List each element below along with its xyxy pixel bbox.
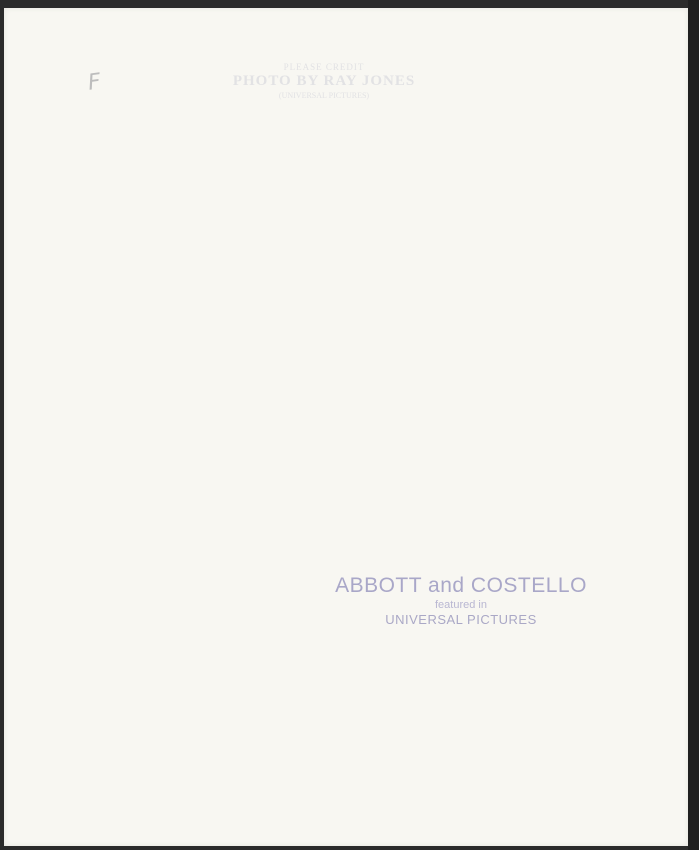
photo-back-paper: F PLEASE CREDIT PHOTO BY RAY JONES (UNIV… xyxy=(4,8,688,846)
stamp-subtitle: featured in xyxy=(326,599,596,611)
credit-line-2: PHOTO BY RAY JONES xyxy=(204,73,444,90)
stamp-title: ABBOTT and COSTELLO xyxy=(326,574,596,598)
stamp-studio: UNIVERSAL PICTURES xyxy=(326,612,596,627)
photo-credit-stamp: PLEASE CREDIT PHOTO BY RAY JONES (UNIVER… xyxy=(204,62,444,100)
scan-border-right xyxy=(688,0,699,850)
studio-stamp: ABBOTT and COSTELLO featured in UNIVERSA… xyxy=(326,574,596,627)
handwritten-mark: F xyxy=(86,69,102,96)
credit-line-1: PLEASE CREDIT xyxy=(204,62,444,72)
credit-line-3: (UNIVERSAL PICTURES) xyxy=(204,91,444,100)
